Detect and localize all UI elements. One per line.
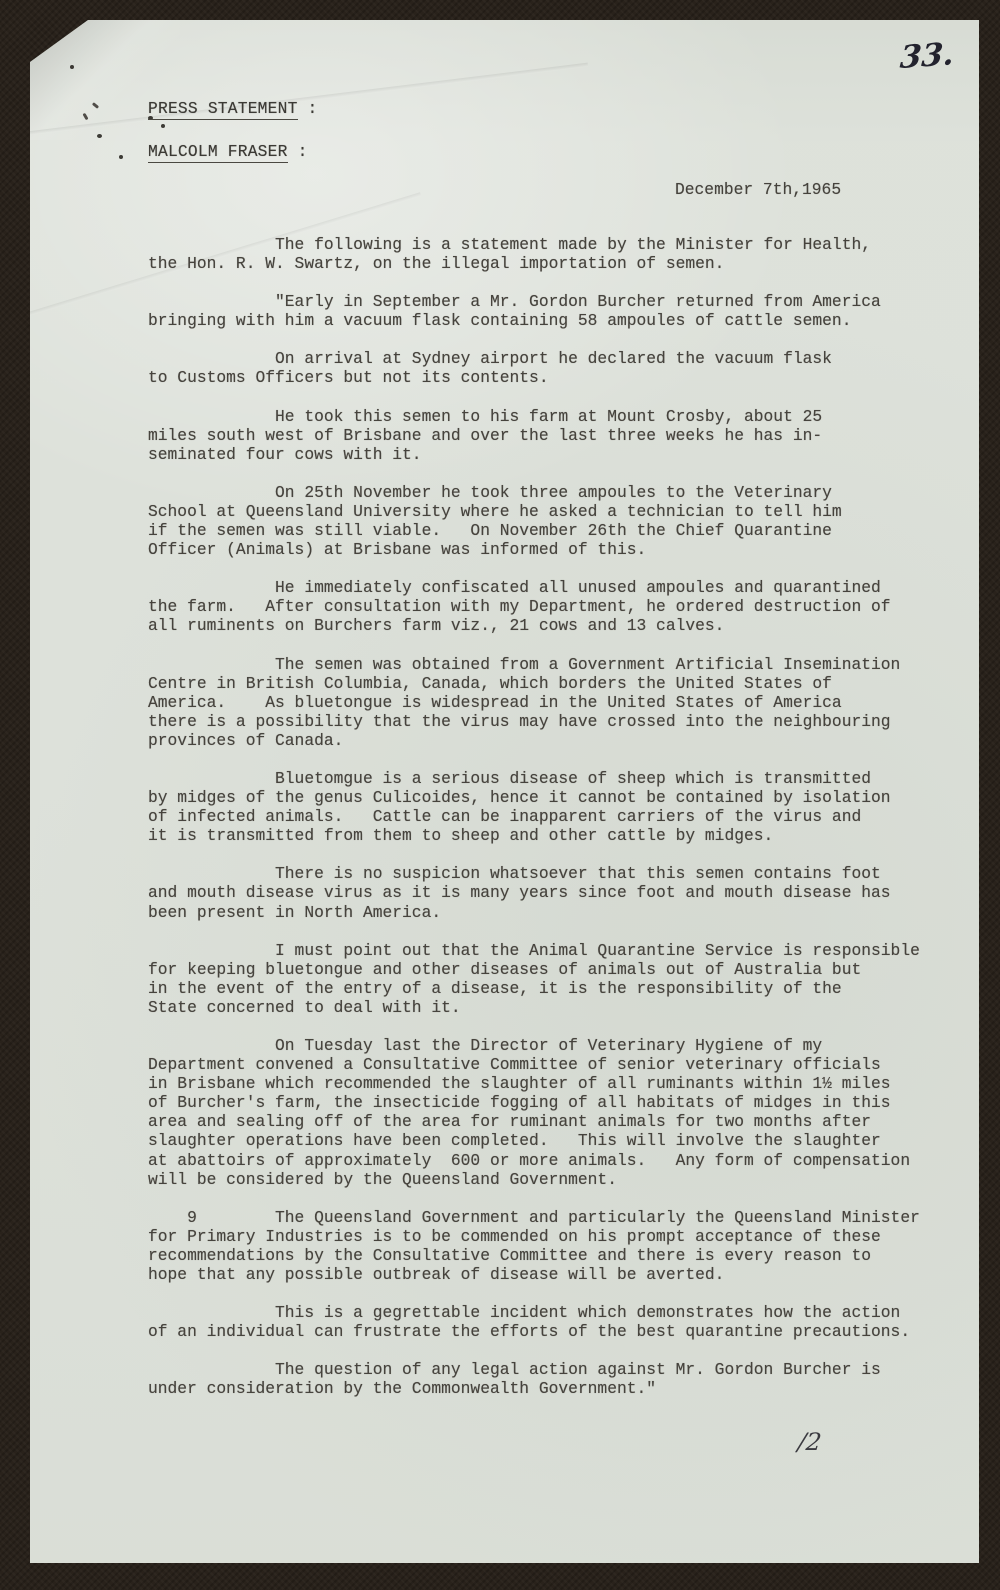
paragraph-line: for Primary Industries is to be commende… (148, 1227, 958, 1246)
paragraph-line: all ruminents on Burchers farm viz., 21 … (148, 616, 958, 635)
paragraph: "Early in September a Mr. Gordon Burcher… (148, 292, 958, 330)
paragraph-line: There is no suspicion whatsoever that th… (148, 864, 958, 883)
continuation-page-mark: /2 (797, 1428, 823, 1456)
paragraph-line: The question of any legal action against… (148, 1360, 958, 1379)
paragraph-line: Officer (Animals) at Brisbane was inform… (148, 540, 958, 559)
paragraph-line: in Brisbane which recommended the slaugh… (148, 1074, 958, 1093)
document-page: 33. PRESS STATEMENT : MALCOLM FRASER : D… (30, 20, 979, 1563)
paragraph-line: The semen was obtained from a Government… (148, 655, 958, 674)
paragraph-line: Department convened a Consultative Commi… (148, 1055, 958, 1074)
paragraph-line: bringing with him a vacuum flask contain… (148, 311, 958, 330)
paragraph-line: and mouth disease virus as it is many ye… (148, 883, 958, 902)
paragraph-line: at abattoirs of approximately 600 or mor… (148, 1151, 958, 1170)
paragraph-line: of an individual can frustrate the effor… (148, 1322, 958, 1341)
pin-mark (70, 65, 74, 69)
paragraph-line: 9 The Queensland Government and particul… (148, 1208, 958, 1227)
paragraph-line: in the event of the entry of a disease, … (148, 979, 958, 998)
paragraph: I must point out that the Animal Quarant… (148, 941, 958, 1017)
paragraph-line: will be considered by the Queensland Gov… (148, 1170, 958, 1189)
paragraph-line: Centre in British Columbia, Canada, whic… (148, 674, 958, 693)
paragraph: On arrival at Sydney airport he declared… (148, 349, 958, 387)
paragraph-line: if the semen was still viable. On Novemb… (148, 521, 958, 540)
pin-mark (119, 155, 123, 159)
document-body: The following is a statement made by the… (148, 235, 958, 1418)
paragraph-line: State concerned to deal with it. (148, 998, 958, 1017)
paragraph: The semen was obtained from a Government… (148, 655, 958, 750)
handwritten-folio-number: 33. (899, 36, 955, 76)
corner-fold-crease (30, 20, 180, 140)
paragraph: He immediately confiscated all unused am… (148, 578, 958, 635)
paragraph-line: of Burcher's farm, the insecticide foggi… (148, 1093, 958, 1112)
doc-type-heading-colon: : (298, 99, 318, 118)
paragraph-line: This is a gegrettable incident which dem… (148, 1303, 958, 1322)
paragraph-line: On Tuesday last the Director of Veterina… (148, 1036, 958, 1055)
paragraph-line: the farm. After consultation with my Dep… (148, 597, 958, 616)
paragraph: 9 The Queensland Government and particul… (148, 1208, 958, 1284)
paragraph-line: the Hon. R. W. Swartz, on the illegal im… (148, 254, 958, 273)
stray-ink-mark (92, 102, 99, 109)
paragraph-line: He immediately confiscated all unused am… (148, 578, 958, 597)
paragraph: This is a gegrettable incident which dem… (148, 1303, 958, 1341)
paragraph-line: recommendations by the Consultative Comm… (148, 1246, 958, 1265)
paragraph: The following is a statement made by the… (148, 235, 958, 273)
date-line: December 7th,1965 (675, 180, 841, 199)
paragraph: There is no suspicion whatsoever that th… (148, 864, 958, 921)
paragraph-line: area and sealing off of the area for rum… (148, 1112, 958, 1131)
pin-mark (161, 124, 165, 128)
paragraph: Bluetomgue is a serious disease of sheep… (148, 769, 958, 845)
paragraph: The question of any legal action against… (148, 1360, 958, 1398)
paragraph-line: I must point out that the Animal Quarant… (148, 941, 958, 960)
paragraph-line: "Early in September a Mr. Gordon Burcher… (148, 292, 958, 311)
paragraph-line: Bluetomgue is a serious disease of sheep… (148, 769, 958, 788)
doc-type-heading-text: PRESS STATEMENT (148, 99, 298, 120)
paragraph-line: to Customs Officers but not its contents… (148, 368, 958, 387)
author-heading-text: MALCOLM FRASER (148, 142, 288, 163)
paragraph-line: by midges of the genus Culicoides, hence… (148, 788, 958, 807)
paragraph-line: been present in North America. (148, 903, 958, 922)
paragraph-line: it is transmitted from them to sheep and… (148, 826, 958, 845)
photo-background: 33. PRESS STATEMENT : MALCOLM FRASER : D… (0, 0, 1000, 1590)
paragraph: He took this semen to his farm at Mount … (148, 407, 958, 464)
paragraph-line: for keeping bluetongue and other disease… (148, 960, 958, 979)
paragraph-line: On arrival at Sydney airport he declared… (148, 349, 958, 368)
paragraph-line: hope that any possible outbreak of disea… (148, 1265, 958, 1284)
paragraph-line: On 25th November he took three ampoules … (148, 483, 958, 502)
paragraph: On 25th November he took three ampoules … (148, 483, 958, 559)
paragraph-line: School at Queensland University where he… (148, 502, 958, 521)
author-heading: MALCOLM FRASER : (148, 142, 308, 161)
doc-type-heading: PRESS STATEMENT : (148, 99, 318, 118)
paragraph-line: of infected animals. Cattle can be inapp… (148, 807, 958, 826)
paragraph-line: under consideration by the Commonwealth … (148, 1379, 958, 1398)
pin-mark (97, 134, 102, 138)
paragraph-line: America. As bluetongue is widespread in … (148, 693, 958, 712)
paragraph-line: slaughter operations have been completed… (148, 1131, 958, 1150)
paragraph-line: He took this semen to his farm at Mount … (148, 407, 958, 426)
paragraph-line: there is a possibility that the virus ma… (148, 712, 958, 731)
stray-ink-mark (82, 113, 88, 121)
paragraph-line: seminated four cows with it. (148, 445, 958, 464)
paragraph-line: miles south west of Brisbane and over th… (148, 426, 958, 445)
paragraph-line: The following is a statement made by the… (148, 235, 958, 254)
author-heading-colon: : (288, 142, 308, 161)
paragraph-line: provinces of Canada. (148, 731, 958, 750)
paragraph: On Tuesday last the Director of Veterina… (148, 1036, 958, 1189)
